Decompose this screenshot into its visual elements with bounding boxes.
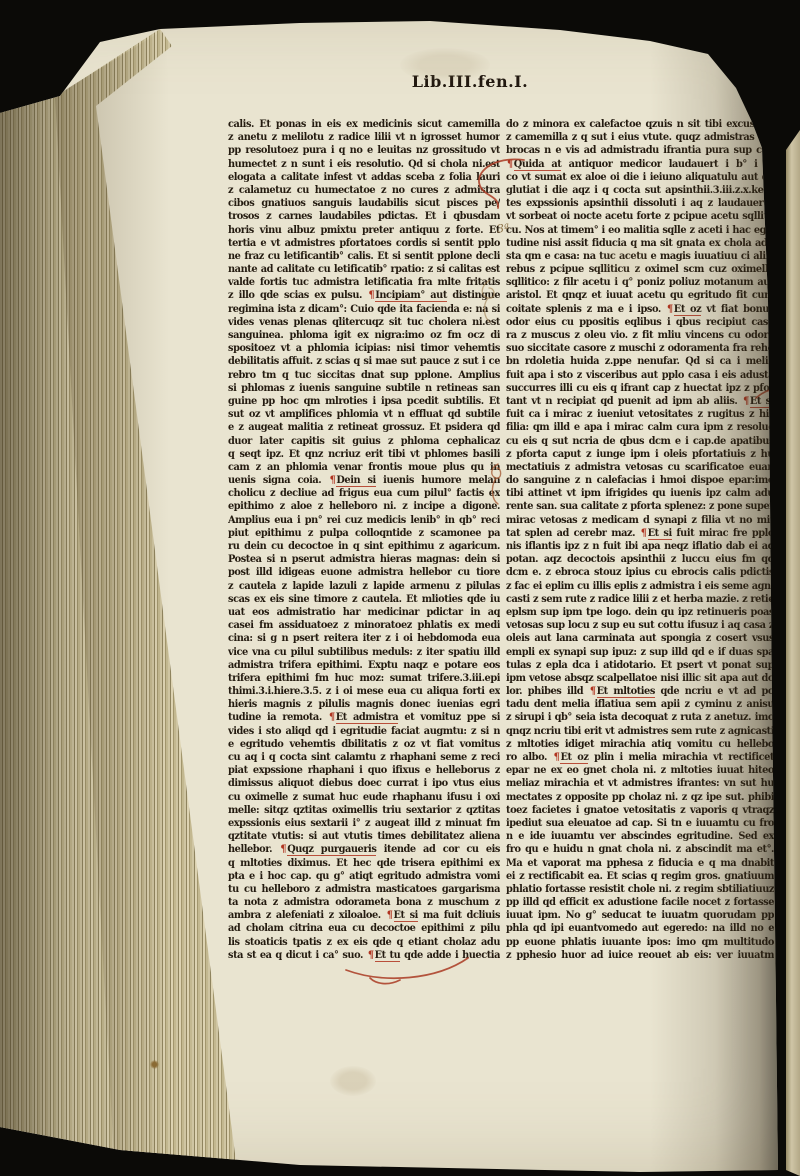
text-line: ei z rectificabit ea. Et scias q regim g… [506,870,774,883]
text-line: expssionis eius sextarii i° z augeat ill… [228,817,500,830]
book-photo: Lib.III.fen.I. calis. Et ponas in eis ex… [0,0,800,1176]
text-line: cu aq i q cocta sint calamtu z rhaphani … [228,751,500,764]
rubric-underlined-text: Et oz [674,304,701,316]
rubric-underlined-text: Et si [750,396,774,408]
text-line: epithimo z aloe z helleboro ni. z incipe… [228,500,500,513]
text-line: dcm e. z ebroca stouz ipius cu ebrocis c… [506,566,774,579]
text-line: tudine nisi assit fiducia q ma sit gnata… [506,237,774,250]
text-line: ipm vetose absqz scalpellatoe nisi illic… [506,672,774,685]
rubric-underlined-text: Et mltoties [597,686,655,698]
text-line: tadu dent melia iflatiua sem apii z cymi… [506,698,774,711]
rubric-pilcrow-icon: ¶ [554,752,560,763]
text-line: duor later capitis sit guius z phloma ce… [228,435,500,448]
text-line: vides venas plenas qlitercuqz sit tuc ch… [228,316,500,329]
text-line: vetosas sup locu z sup eu sut cottu ifus… [506,619,774,632]
rubric-pilcrow-icon: ¶ [387,910,393,921]
text-line: mectatiuis z admistra vetosas cu scarifi… [506,461,774,474]
text-line: trosos z carnes laudabiles pdictas. Et i… [228,210,500,223]
text-line: ne fraz cu letificantib° calis. Et si se… [228,250,500,263]
text-line: tat splen ad cerebr maz. ¶Et si fuit mir… [506,527,774,540]
rubric-pilcrow-icon: ¶ [329,712,335,723]
text-line: ipediut sua eleuatoe ad cap. Si tn e iuu… [506,817,774,830]
paper-stain [330,1066,376,1096]
text-line: pp illd qd efficit ex adustione facile n… [506,896,774,909]
text-line: pp resolutoez pura i q no e leuitas nz g… [228,144,500,157]
text-line: admistra trifera epithimi. Exptu naqz e … [228,659,500,672]
text-line: epar ne ex eo gnet chola ni. z mltoties … [506,764,774,777]
text-column-right: do z minora ex calefactoe qzuis n sit ti… [506,118,774,962]
text-line: ro albo. ¶Et oz plin i melia mirachia vt… [506,751,774,764]
text-line: ¶Quida at antiquor medicor laudauert i b… [506,158,774,171]
rubric-pilcrow-icon: ¶ [368,290,374,301]
rubric-underlined-text: Et admistra [336,712,398,724]
text-line: z camemilla z q sut i eius vtute. quqz a… [506,131,774,144]
text-line: aristol. Et qnqz et iuuat acetu qu egrit… [506,289,774,302]
text-line: rebus z pcipue sqlliticu z oximel scm cu… [506,263,774,276]
rubric-underlined-text: Quqz purgaueris [287,844,376,856]
margin-note: 3ª [496,221,510,235]
text-line: toez facietes i gnatoe vetositatis z vap… [506,804,774,817]
rubric-underlined-text: Et si [648,528,672,540]
text-line: cholicu z decliue ad frigus eua cum pilu… [228,487,500,500]
rubric-underlined-text: Dein si [336,475,375,487]
text-line: filia: qm illd e apa i mirac calm cura i… [506,421,774,434]
text-line: Amplius eua i pn° rei cuz medicis lenib°… [228,514,500,527]
page-edges [0,0,240,1176]
text-line: z anetu z melilotu z radice lilii vt n i… [228,131,500,144]
text-line: do sanguine z n calefacias i hmoi dispoe… [506,474,774,487]
text-line: hellebor. ¶Quqz purgaueris itende ad cor… [228,843,500,856]
text-line: spositoez vt a phlomia icipias: nisi tim… [228,342,500,355]
text-line: tertia e vt admistres pfortatoes cordis … [228,237,500,250]
text-line: z cautela z lapide lazuli z lapide armen… [228,580,500,593]
text-line: uenis signa coia. ¶Dein si iuenis humore… [228,474,500,487]
text-line: Postea si n pserut admistra hieras magna… [228,553,500,566]
text-line: tu cu helleboro z admistra masticatoes g… [228,883,500,896]
text-line: z mltoties idiget mirachia atiq vomitu c… [506,738,774,751]
text-line: debilitatis affuit. z scias q si mae sut… [228,355,500,368]
text-line: succurres illi cu eis q ifrant cap z hue… [506,382,774,395]
text-line: tant vt n recipiat qd puenit ad ipm ab a… [506,395,774,408]
text-line: uat eos admistratio har medicinar pdicta… [228,606,500,619]
text-line: pta e i hoc cap. qu g° atiqt egritudo ad… [228,870,500,883]
text-line: odor eius cu ppositis eqlibus i qbus rec… [506,316,774,329]
rubric-underlined-text: Et oz [560,752,588,764]
text-line: sta st ea q dicut i ca° suo. ¶Et tu qde … [228,949,500,962]
text-line: qnqz ncriu tibi erit vt admistres sem ru… [506,725,774,738]
text-column-left: calis. Et ponas in eis ex medicinis sicu… [228,118,500,962]
text-line: z pforta caput z iunge ipm i oleis pfort… [506,448,774,461]
text-line: tudine ia remota. ¶Et admistra et vomitu… [228,711,500,724]
text-line: phlatio fortasse resistit chole ni. z re… [506,883,774,896]
text-line: n e ide iuuamtu ver abscindes egritudine… [506,830,774,843]
rubric-pilcrow-icon: ¶ [368,950,374,961]
text-line: coitate splenis z ma e i ipso. ¶Et oz vt… [506,303,774,316]
text-line: trifera epithimi fm huc moz: sumat trife… [228,672,500,685]
rubric-pilcrow-icon: ¶ [330,475,336,486]
text-line: humectet z n sunt i eis resolutio. Qd si… [228,158,500,171]
text-line: qztitate vtutis: si aut vtutis times deb… [228,830,500,843]
rubric-pilcrow-icon: ¶ [743,396,749,407]
rubric-pilcrow-icon: ¶ [507,159,513,170]
text-line: pp euone phlatis iuuante ipos: imo qm mu… [506,936,774,949]
text-line: guine pp hoc qm mlroties i ipsa pcedit s… [228,395,500,408]
text-line: casei fm assiduatoez z minoratoez phlati… [228,619,500,632]
text-line: z illo qde scias ex pulsu. ¶Incipiam° au… [228,289,500,302]
text-line: cu eis q sut ncria de qbus dcm e i cap.d… [506,435,774,448]
text-line: tulas z epla dca i atidotario. Et psert … [506,659,774,672]
text-line: vt sorbeat oi nocte acetu forte z pcipue… [506,210,774,223]
text-line: fuit apa i sto z visceribus aut pplo cas… [506,369,774,382]
text-line: valde fortis tuc admistra letificatia fr… [228,276,500,289]
text-line: do z minora ex calefactoe qzuis n sit ti… [506,118,774,131]
text-line: dimissus aliquot diebus doec currat i ip… [228,777,500,790]
text-line: scas ex eis sine timore z cautela. Et ml… [228,593,500,606]
rubric-underlined-text: Quida at [514,159,562,171]
text-line: hieris magnis z pilulis magnis donec iue… [228,698,500,711]
text-line: e egritudo vehemtis dbilitatis z oz vt f… [228,738,500,751]
text-line: z sirupi i qb° seia ista decoquat z ruta… [506,711,774,724]
text-line: sanguinea. phloma igit ex nigra:imo oz f… [228,329,500,342]
text-line: meliaz mirachia et vt admistres ifrantes… [506,777,774,790]
text-line: melle: sitqz qztitas oximellis triu sext… [228,804,500,817]
text-line: brocas n e vis ad admistradu ifrantia pu… [506,144,774,157]
text-line: ta nota z admistra odorameta bona z musc… [228,896,500,909]
text-line: piut epithimu z pulpa colloqntide z scam… [228,527,500,540]
text-line: oleis aut lana carminata aut spongia z c… [506,632,774,645]
text-line: Ma et vaporat ma pphesa z fiducia e q ma… [506,857,774,870]
text-line: fuit ca i mirac z iueniut vetositates z … [506,408,774,421]
text-line: cina: si g n psert reitera iter z i oi h… [228,632,500,645]
text-line: rebro tm q tuc siccitas dnat sup pplone.… [228,369,500,382]
text-line: eplsm sup ipm tpe logo. dein qu ipz reti… [506,606,774,619]
text-line: empli ex synapi sup ipuz: z sup illd qd … [506,646,774,659]
text-line: cu oximelle z sumat huc eude rhaphanu if… [228,791,500,804]
text-line: regimina ista z dicam°: Cuio qde ita fac… [228,303,500,316]
text-line: ra z muscus z oleu vio. z fit mliu vince… [506,329,774,342]
text-line: fro qu e huidu n gnat chola ni. z abscin… [506,843,774,856]
rubric-pilcrow-icon: ¶ [280,844,286,855]
text-line: casti z sem rute z radice lilii z et her… [506,593,774,606]
text-line: q mltoties diximus. Et hec qde trisera e… [228,857,500,870]
text-line: ambra z alefeniati z xiloaloe. ¶Et si ma… [228,909,500,922]
text-line: rente san. sua calitate z pforta splenez… [506,500,774,513]
text-line: e z augeat malitia z retineat grossuz. E… [228,421,500,434]
text-line: nis iflantis ipz z n fuit ibi apa neqz i… [506,540,774,553]
text-line: sqllitico: z filr acetu i q° poniz poliu… [506,276,774,289]
text-line: cam z an phlomia venar frontis moue plus… [228,461,500,474]
text-line: iuuat ipm. No g° seducat te iuuatm quoru… [506,909,774,922]
text-line: horis vinu albuz pmixtu preter antiquu z… [228,224,500,237]
rubric-underlined-text: Et tu [375,950,401,962]
text-line: z calametuz cu humectatoe z no cures z a… [228,184,500,197]
text-line: ru dein cu decoctoe in q sint epithimu z… [228,540,500,553]
text-line: potan. aqz decoctois apsinthii z luccu e… [506,553,774,566]
text-line: nante ad calitate cu letificatib° rpatio… [228,263,500,276]
text-line: tes expssionis apsinthii dissoluti i aq … [506,197,774,210]
book-page: Lib.III.fen.I. calis. Et ponas in eis ex… [0,0,800,1176]
text-line: mirac vetosas z medicam d synapi z filia… [506,514,774,527]
text-line: lor. phibes illd ¶Et mltoties qde ncriu … [506,685,774,698]
rubric-pilcrow-icon: ¶ [641,528,647,539]
rubric-pilcrow-icon: ¶ [667,304,673,315]
text-line: piat expssione rhaphani i quo ifixus e h… [228,764,500,777]
text-line: z fac ei eplim cu illis eplis z admistra… [506,580,774,593]
text-line: vice vna cu pilul subtilibus meduls: z i… [228,646,500,659]
text-line: q seqt ipz. Et qnz ncriuz erit tibi vt p… [228,448,500,461]
text-line: elogata a calitate infest vt addas sceba… [228,171,500,184]
text-line: z pphesio huor ad iuice reouet ab eis: v… [506,949,774,962]
text-line: glutiat i die aqz i q cocta sut apsinthi… [506,184,774,197]
page-header: Lib.III.fen.I. [350,72,590,91]
text-line: suo siccitate casore z muschi z odoramen… [506,342,774,355]
text-line: cibos gnatiuos sanguis laudabilis sicut … [228,197,500,210]
text-line: vides i sto aliqd qd i egritudie faciat … [228,725,500,738]
text-line: mectates z opposite pp cholaz ni. z qz i… [506,791,774,804]
text-line: si phlomas z iuenis sanguine subtile n r… [228,382,500,395]
text-line: sut oz vt amplifices phlomia vt n efflua… [228,408,500,421]
text-line: calis. Et ponas in eis ex medicinis sicu… [228,118,500,131]
rubric-underlined-text: Et si [394,910,418,922]
text-line: lis stoaticis tpatis z ex eis qde q etia… [228,936,500,949]
text-line: thimi.3.i.hiere.3.5. z i oi mese eua cu … [228,685,500,698]
rubric-underlined-text: Incipiam° aut [375,290,447,302]
text-line: ad cholam citrina eua cu decoctoe epithi… [228,922,500,935]
text-line: phla qd ipi euantvomedo aut egeredo: na … [506,922,774,935]
text-line: co vt sumat ex aloe oi die i ieiuno aliq… [506,171,774,184]
facing-page-edge [786,0,800,1176]
text-line: tibi attinet vt ipm ifrigides qu iuenis … [506,487,774,500]
text-line: post illd idigeas euone admistra hellebo… [228,566,500,579]
text-line: bn rdoletia huida z.ppe nenufar. Qd si c… [506,355,774,368]
text-line: cu. Nos at timem° i eo malitia sqlle z a… [506,224,774,237]
text-line: sta qm e casa: na tuc acetu e magis iuua… [506,250,774,263]
rubric-pilcrow-icon: ¶ [590,686,596,697]
